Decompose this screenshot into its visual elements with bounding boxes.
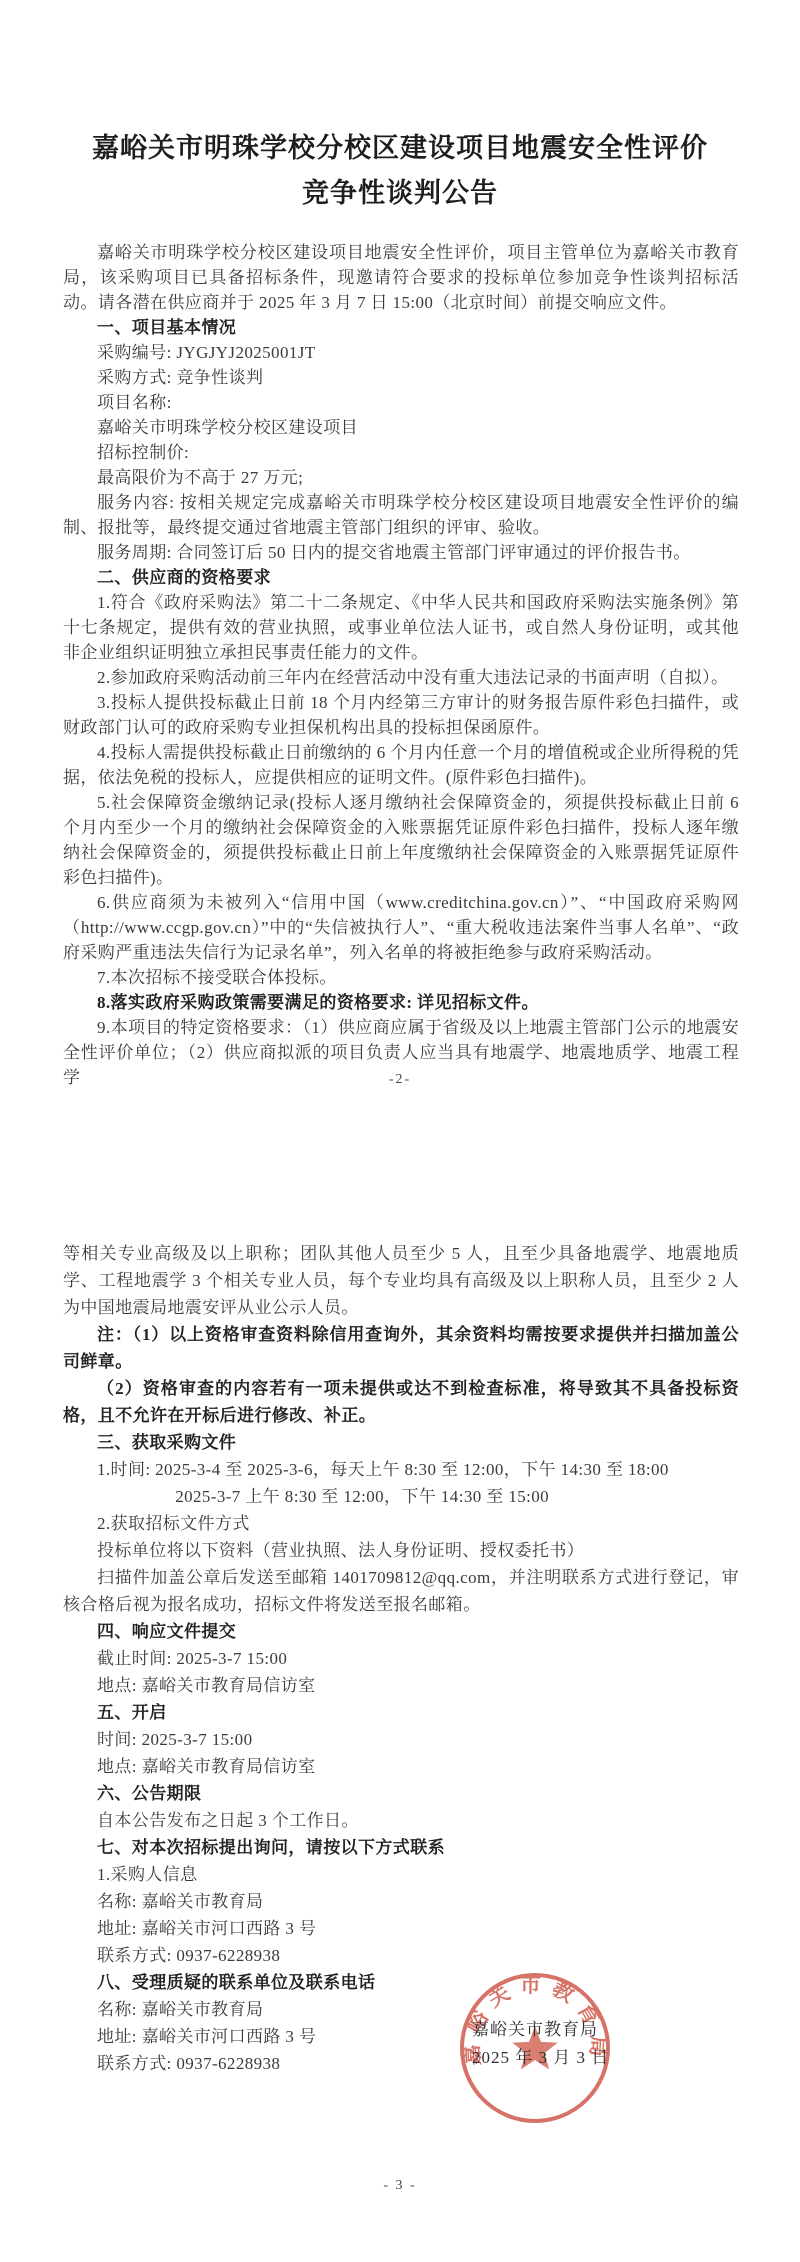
para-intro: 嘉峪关市明珠学校分校区建设项目地震安全性评价，项目主管单位为嘉峪关市教育局，该采…: [63, 240, 739, 315]
qualification-item-6: 6.供应商须为未被列入“信用中国（www.creditchina.gov.cn）…: [63, 890, 739, 965]
announcement-period: 自本公告发布之日起 3 个工作日。: [63, 1807, 739, 1834]
qualification-item-3: 3.投标人提供投标截止日前 18 个月内经第三方审计的财务报告原件彩色扫描件，或…: [63, 690, 739, 740]
opening-time: 时间: 2025-3-7 15:00: [63, 1726, 739, 1753]
obtain-method-docs: 投标单位将以下资料（营业执照、法人身份证明、授权委托书）: [63, 1537, 739, 1564]
field-procurement-method: 采购方式: 竞争性谈判: [63, 365, 739, 390]
heading-section-7: 七、对本次招标提出询问，请按以下方式联系: [63, 1834, 739, 1861]
document-title: 嘉峪关市明珠学校分校区建设项目地震安全性评价 竞争性谈判公告: [0, 126, 800, 216]
heading-section-8: 八、受理质疑的联系单位及联系电话: [63, 1969, 739, 1996]
scanned-announcement-document: 嘉峪关市明珠学校分校区建设项目地震安全性评价 竞争性谈判公告 嘉峪关市明珠学校分…: [0, 0, 800, 2262]
opening-location: 地点: 嘉峪关市教育局信访室: [63, 1753, 739, 1780]
page-2-body: 嘉峪关市明珠学校分校区建设项目地震安全性评价，项目主管单位为嘉峪关市教育局，该采…: [63, 240, 739, 1090]
heading-section-1: 一、项目基本情况: [63, 315, 739, 340]
field-project-name-label: 项目名称:: [63, 390, 739, 415]
inquiry-address: 地址: 嘉峪关市河口西路 3 号: [63, 2023, 739, 2050]
obtain-time-line-1: 1.时间: 2025-3-4 至 2025-3-6，每天上午 8:30 至 12…: [63, 1456, 739, 1483]
purchaser-phone: 联系方式: 0937-6228938: [63, 1942, 739, 1969]
inquiry-phone: 联系方式: 0937-6228938: [63, 2050, 739, 2077]
submit-location: 地点: 嘉峪关市教育局信访室: [63, 1672, 739, 1699]
page-number-2: -2-: [0, 1072, 800, 1088]
page-number-3: - 3 -: [0, 2178, 800, 2194]
qualification-item-7: 7.本次招标不接受联合体投标。: [63, 965, 739, 990]
qualification-item-8: 8.落实政府采购政策需要满足的资格要求: 详见招标文件。: [63, 990, 739, 1015]
heading-section-5: 五、开启: [63, 1699, 739, 1726]
field-control-price-label: 招标控制价:: [63, 440, 739, 465]
purchaser-address: 地址: 嘉峪关市河口西路 3 号: [63, 1915, 739, 1942]
field-project-name-value: 嘉峪关市明珠学校分校区建设项目: [63, 415, 739, 440]
field-max-price: 最高限价为不高于 27 万元;: [63, 465, 739, 490]
qualification-item-4: 4.投标人需提供投标截止日前缴纳的 6 个月内任意一个月的增值税或企业所得税的凭…: [63, 740, 739, 790]
note-1: 注：（1）以上资格审查资料除信用查询外，其余资料均需按要求提供并扫描加盖公司鲜章…: [63, 1321, 739, 1375]
field-service-period: 服务周期: 合同签订后 50 日内的提交省地震主管部门评审通过的评价报告书。: [63, 540, 739, 565]
field-procurement-number: 采购编号: JYGJYJ2025001JT: [63, 340, 739, 365]
obtain-time-line-2: 2025-3-7 上午 8:30 至 12:00，下午 14:30 至 15:0…: [63, 1483, 739, 1510]
qualification-item-1: 1.符合《政府采购法》第二十二条规定、《中华人民共和国政府采购法实施条例》第十七…: [63, 590, 739, 665]
signature-date: 2025 年 3 月 3 日: [472, 2044, 609, 2072]
obtain-method-label: 2.获取招标文件方式: [63, 1510, 739, 1537]
signature-block: 嘉峪关市教育局 2025 年 3 月 3 日: [472, 2016, 609, 2072]
heading-section-2: 二、供应商的资格要求: [63, 565, 739, 590]
qualification-item-9-continued: 等相关专业高级及以上职称；团队其他人员至少 5 人，且至少具备地震学、地震地质学…: [63, 1240, 739, 1321]
obtain-method-email: 扫描件加盖公章后发送至邮箱 1401709812@qq.com，并注明联系方式进…: [63, 1564, 739, 1618]
heading-section-3: 三、获取采购文件: [63, 1429, 739, 1456]
heading-section-6: 六、公告期限: [63, 1780, 739, 1807]
submit-deadline: 截止时间: 2025-3-7 15:00: [63, 1645, 739, 1672]
title-line-1: 嘉峪关市明珠学校分校区建设项目地震安全性评价: [92, 133, 708, 163]
note-2: （2）资格审查的内容若有一项未提供或达不到检查标准，将导致其不具备投标资格，且不…: [63, 1375, 739, 1429]
purchaser-info-label: 1.采购人信息: [63, 1861, 739, 1888]
title-line-2: 竞争性谈判公告: [302, 178, 498, 208]
field-service-content: 服务内容: 按相关规定完成嘉峪关市明珠学校分校区建设项目地震安全性评价的编制、报…: [63, 490, 739, 540]
qualification-item-5: 5.社会保障资金缴纳记录(投标人逐月缴纳社会保障资金的，须提供投标截止日前 6 …: [63, 790, 739, 890]
purchaser-name: 名称: 嘉峪关市教育局: [63, 1888, 739, 1915]
signature-org: 嘉峪关市教育局: [472, 2016, 609, 2044]
page-3-body: 等相关专业高级及以上职称；团队其他人员至少 5 人，且至少具备地震学、地震地质学…: [63, 1240, 739, 2077]
heading-section-4: 四、响应文件提交: [63, 1618, 739, 1645]
inquiry-name: 名称: 嘉峪关市教育局: [63, 1996, 739, 2023]
qualification-item-2: 2.参加政府采购活动前三年内在经营活动中没有重大违法记录的书面声明（自拟）。: [63, 665, 739, 690]
